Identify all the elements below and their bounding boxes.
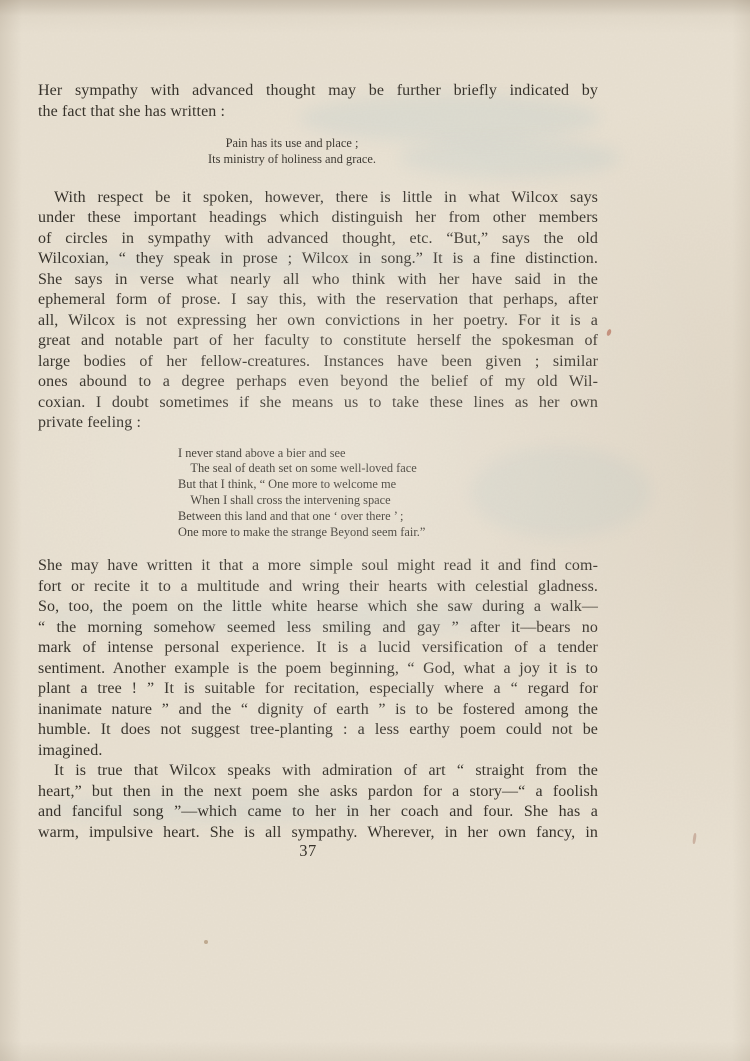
- text-line: humble. It does not suggest tree-plantin…: [38, 720, 598, 741]
- text-line: private feeling :: [38, 413, 598, 434]
- text-line: The seal of death set on some well-loved…: [178, 461, 598, 477]
- text-line: With respect be it spoken, however, ther…: [38, 188, 598, 209]
- text-line: the fact that she has written :: [38, 102, 598, 123]
- verse-quotation: I never stand above a bier and see The s…: [38, 446, 598, 541]
- text-line: “ the morning somehow seemed less smilin…: [38, 618, 598, 639]
- text-line: It is true that Wilcox speaks with admir…: [38, 761, 598, 782]
- text-line: mark of intense personal experience. It …: [38, 638, 598, 659]
- page-number: 37: [38, 841, 578, 861]
- text-line: ones abound to a degree perhaps even bey…: [38, 372, 598, 393]
- page-text: Her sympathy with advanced thought may b…: [38, 81, 598, 843]
- ink-speck: [204, 940, 208, 944]
- text-line: Its ministry of holiness and grace.: [12, 152, 572, 168]
- text-line: So, too, the poem on the little white he…: [38, 597, 598, 618]
- ink-speck: [606, 329, 612, 337]
- text-line: Pain has its use and place ;: [12, 136, 572, 152]
- text-line: But that I think, “ One more to welcome …: [178, 477, 598, 493]
- text-line: plant a tree ! ” It is suitable for reci…: [38, 679, 598, 700]
- text-line: ephemeral form of prose. I say this, wit…: [38, 290, 598, 311]
- ink-speck: [692, 833, 697, 844]
- text-line: inanimate nature ” and the “ dignity of …: [38, 700, 598, 721]
- text-line: Between this land and that one ‘ over th…: [178, 509, 598, 525]
- text-line: I never stand above a bier and see: [178, 446, 598, 462]
- text-line: Wilcoxian, “ they speak in prose ; Wilco…: [38, 249, 598, 270]
- text-line: imagined.: [38, 741, 598, 762]
- text-line: large bodies of her fellow-creatures. In…: [38, 352, 598, 373]
- paragraph: She may have written it that a more simp…: [38, 556, 598, 761]
- scanned-book-page: Her sympathy with advanced thought may b…: [0, 0, 750, 1061]
- text-line: She may have written it that a more simp…: [38, 556, 598, 577]
- text-line: under these important headings which dis…: [38, 208, 598, 229]
- text-line: sentiment. Another example is the poem b…: [38, 659, 598, 680]
- text-line: One more to make the strange Beyond seem…: [178, 525, 598, 541]
- paragraph: Her sympathy with advanced thought may b…: [38, 81, 598, 122]
- text-line: She says in verse what nearly all who th…: [38, 270, 598, 291]
- text-line: fort or recite it to a multitude and wri…: [38, 577, 598, 598]
- text-line: coxian. I doubt sometimes if she means u…: [38, 393, 598, 414]
- text-line: all, Wilcox is not expressing her own co…: [38, 311, 598, 332]
- text-line: great and notable part of her faculty to…: [38, 331, 598, 352]
- verse-quotation: Pain has its use and place ;Its ministry…: [12, 136, 572, 168]
- paragraph: With respect be it spoken, however, ther…: [38, 188, 598, 434]
- text-line: When I shall cross the intervening space: [178, 493, 598, 509]
- text-line: heart,” but then in the next poem she as…: [38, 782, 598, 803]
- paragraph: It is true that Wilcox speaks with admir…: [38, 761, 598, 843]
- text-line: Her sympathy with advanced thought may b…: [38, 81, 598, 102]
- text-line: of circles in sympathy with advanced tho…: [38, 229, 598, 250]
- text-line: and fanciful song ”—which came to her in…: [38, 802, 598, 823]
